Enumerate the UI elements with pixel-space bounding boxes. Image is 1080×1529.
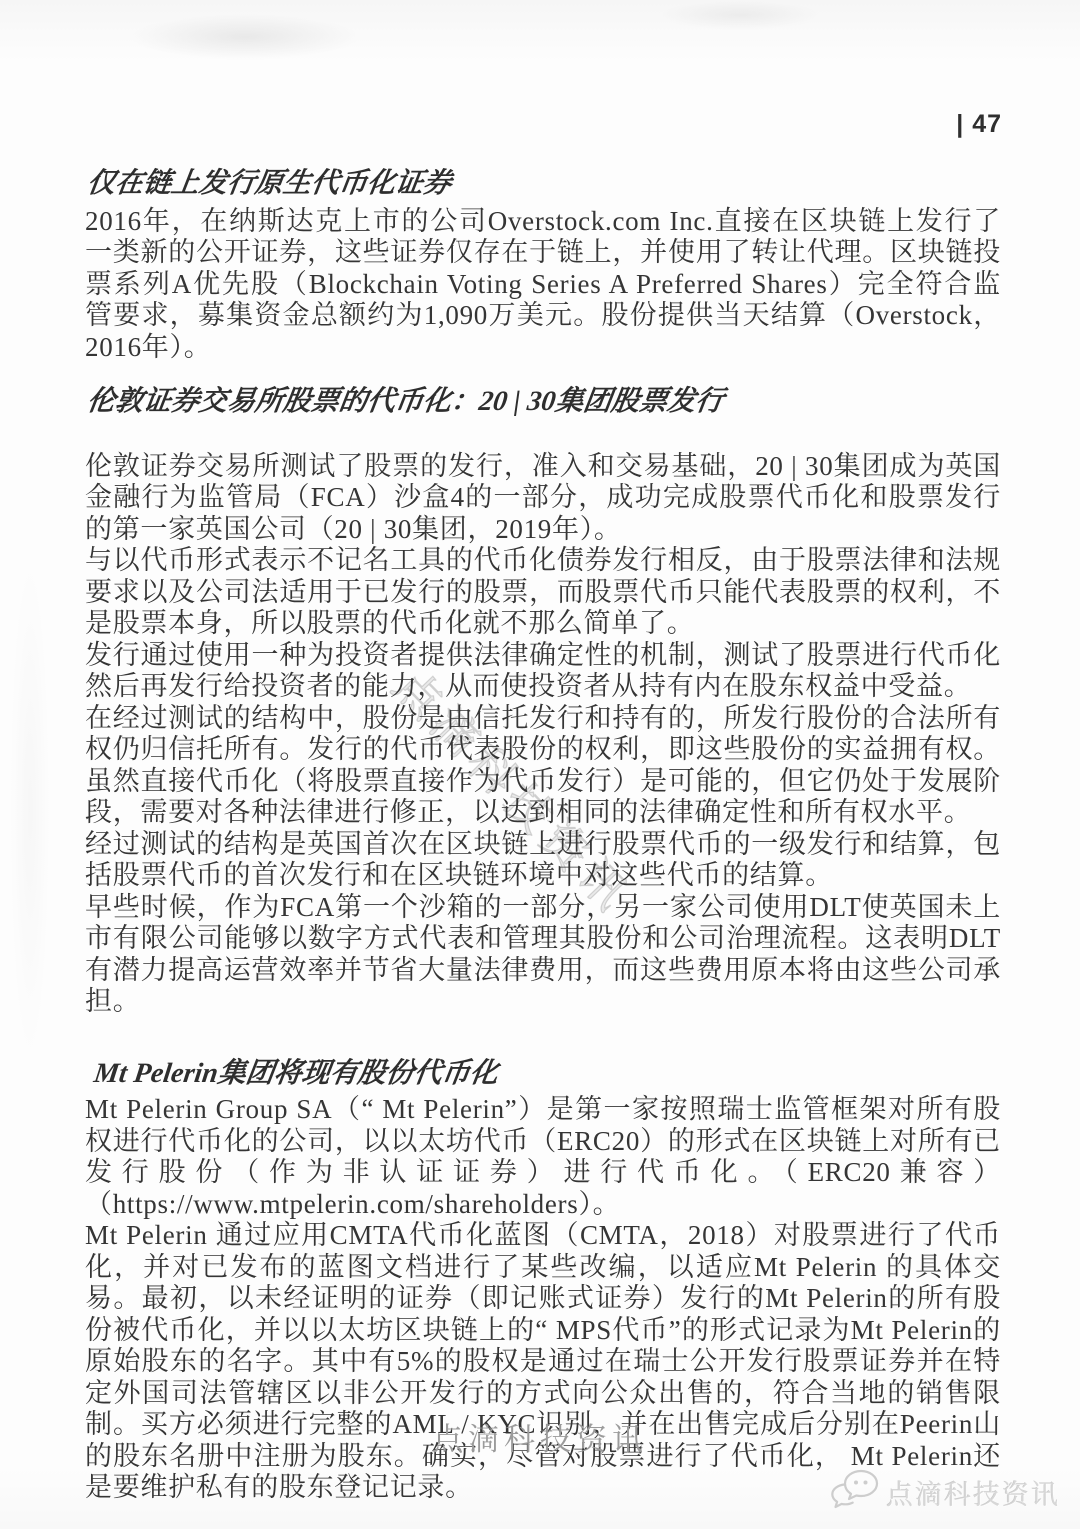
section-heading-onchain-native-securities: 仅在链上发行原生代币化证券 — [85, 168, 453, 200]
scan-smudge — [130, 14, 360, 60]
body-paragraph: 伦敦证券交易所测试了股票的发行，准入和交易基础，20 | 30集团成为英国金融行… — [85, 451, 1001, 546]
body-paragraph: 与以代币形式表示不记名工具的代币化债券发行相反，由于股票法律和法规要求以及公司法… — [85, 545, 1001, 640]
section-heading-lse-tokenization-2030: 伦敦证券交易所股票的代币化：20 | 30集团股票发行 — [85, 386, 726, 418]
body-paragraph: Mt Pelerin Group SA（“ Mt Pelerin”）是第一家按照… — [85, 1094, 1001, 1220]
body-paragraph: Mt Pelerin 通过应用CMTA代币化蓝图（CMTA，2018）对股票进行… — [85, 1220, 1001, 1504]
section-heading-mt-pelerin: Mt Pelerin集团将现有股份代币化 — [85, 1058, 500, 1090]
scan-smudge — [660, 0, 820, 30]
brand-logo-text: 点滴科技资讯 — [886, 1473, 1060, 1512]
body-paragraph: 在经过测试的结构中，股份是由信托发行和持有的，所发行股份的合法所有权仍归信托所有… — [85, 703, 1001, 829]
body-paragraph: 经过测试的结构是英国首次在区块链上进行股票代币的一级发行和结算，包括股票代币的首… — [85, 829, 1001, 892]
speech-bubbles-icon — [828, 1468, 880, 1517]
footer-watermark: 点滴科技资讯 — [0, 1414, 1080, 1459]
body-paragraph: 早些时候，作为FCA第一个沙箱的一部分，另一家公司使用DLT使英国未上市有限公司… — [85, 892, 1001, 1018]
body-paragraph: 2016年，在纳斯达克上市的公司Overstock.com Inc.直接在区块链… — [85, 206, 1001, 364]
page-number: | 47 — [956, 110, 1002, 139]
scan-smudge — [10, 560, 50, 1060]
brand-logo: 点滴科技资讯 — [828, 1468, 1060, 1517]
document-body: 仅在链上发行原生代币化证券 2016年，在纳斯达克上市的公司Overstock.… — [85, 168, 1001, 1504]
body-paragraph: 发行通过使用一种为投资者提供法律确定性的机制，测试了股票进行代币化然后再发行给投… — [85, 640, 1001, 703]
